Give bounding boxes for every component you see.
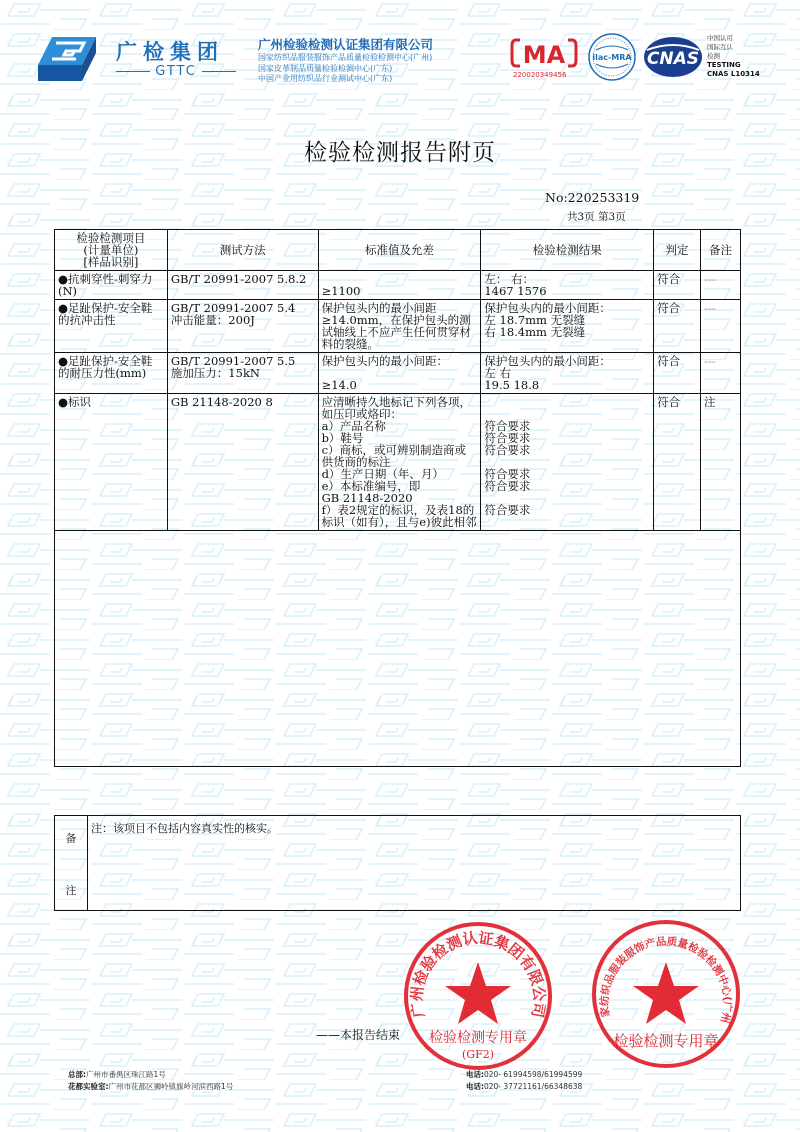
cnas-line: 中国认可 [707,34,760,43]
lab-address: 广州市花都区狮岭镇旗岭河滨西路1号 [109,1082,234,1091]
cell-standard: 应清晰持久地标记下列各项，如压印或烙印： a）产品名称 b）鞋号 c）商标，或可… [318,394,481,531]
cell-method: GB 21148-2020 8 [167,394,318,531]
header-result: 检验检测结果 [481,230,654,271]
svg-text:ilac-MRA: ilac-MRA [592,53,632,62]
svg-text:检验检测专用章: 检验检测专用章 [613,1032,718,1050]
cell-note: --- [701,300,741,353]
svg-text:(GF2): (GF2) [462,1048,494,1061]
hq-phone: 020- 61994598/61994599 [484,1070,582,1079]
svg-text:检验检测专用章: 检验检测专用章 [429,1029,527,1046]
cnas-line: TESTING [707,61,741,69]
cell-method: GB/T 20991-2007 5.8.2 [167,271,318,300]
cell-item: ●抗刺穿性-刺穿力(N) [55,271,168,300]
table-row: ●足趾保护-安全鞋的耐压力性(mm) GB/T 20991-2007 5.5 施… [55,353,741,394]
brand-abbr: GTTC [155,64,197,79]
cell-note: 注 [701,394,741,531]
cnas-logo-icon: CNAS [643,36,703,78]
cma-number: 220020349456 [513,71,566,79]
cell-item: ●标识 [55,394,168,531]
remarks-label-bottom: 注 [55,882,87,898]
cell-item: ●足趾保护-安全鞋的耐压力性(mm) [55,353,168,394]
cell-standard: 保护包头内的最小间距： ≥14.0 [318,353,481,394]
cnas-line: 检测 [707,52,760,61]
cell-verdict: 符合 [654,300,701,353]
header-verdict: 判定 [654,230,701,271]
cell-method: GB/T 20991-2007 5.5 施加压力：15kN [167,353,318,394]
cnas-accreditation-text: 中国认可 国际互认 检测 TESTING CNAS L10314 [707,34,760,79]
header-standard: 标准值及允差 [318,230,481,271]
table-row: ●标识 GB 21148-2020 8 应清晰持久地标记下列各项，如压印或烙印：… [55,394,741,531]
page-info: 共3页 第3页 [567,209,626,224]
cnas-number: CNAS L10314 [707,70,760,78]
results-table: 检验检测项目 (计量单位) [样品识别] 测试方法 标准值及允差 检验检测结果 … [54,229,741,767]
table-row: ●足趾保护-安全鞋的抗冲击性 GB/T 20991-2007 5.4 冲击能量：… [55,300,741,353]
cell-result: 保护包头内的最小间距： 左 18.7mm 无裂缝 右 18.4mm 无裂缝 [481,300,654,353]
cell-result: 保护包头内的最小间距： 左 右 19.5 18.8 [481,353,654,394]
svg-text:MA: MA [523,41,566,69]
footer-phones: 电话:020- 61994598/61994599 电话:020- 377211… [466,1069,582,1093]
cell-item: ●足趾保护-安全鞋的抗冲击性 [55,300,168,353]
cell-result: 左： 右： 1467 1576 [481,271,654,300]
sub-center: 中国产业用纺织品行业测试中心(广东) [258,74,432,85]
blank-row [55,531,741,767]
company-name: 广州检验检测认证集团有限公司 [258,35,433,53]
lab-phone: 020- 37721161/66348638 [484,1082,582,1091]
cell-result: 符合要求 符合要求 符合要求 符合要求 符合要求 符合要求 [481,394,654,531]
sub-centers: 国家纺织品服装服饰产品质量检验检测中心(广州) 国家皮革制品质量检验检测中心(广… [258,53,432,85]
header-method: 测试方法 [167,230,318,271]
document-title: 检验检测报告附页 [0,134,800,167]
header-note: 备注 [701,230,741,271]
lab-label: 花都实验室: [68,1082,109,1091]
report-number: No:220253319 [545,190,639,205]
sub-center: 国家皮革制品质量检验检测中心(广东) [258,64,432,75]
official-seal-icon: 广州检验检测认证集团有限公司 检验检测专用章 (GF2) [402,920,554,1072]
remarks-table: 备 注 注：该项目不包括内容真实性的核实。 [54,815,741,911]
phone-label: 电话: [466,1070,484,1079]
cell-verdict: 符合 [654,271,701,300]
ilac-mra-logo-icon: ilac-MRA [587,32,637,82]
gttc-logo-icon [38,35,96,83]
brand-name-cn: 广检集团 [116,36,224,66]
footer-addresses: 总部:广州市番禺区珠江路1号 花都实验室:广州市花都区狮岭镇旗岭河滨西路1号 [68,1069,233,1093]
hq-address: 广州市番禺区珠江路1号 [86,1070,166,1079]
remarks-label-top: 备 [55,830,87,846]
table-header-row: 检验检测项目 (计量单位) [样品识别] 测试方法 标准值及允差 检验检测结果 … [55,230,741,271]
sub-center: 国家纺织品服装服饰产品质量检验检测中心(广州) [258,53,432,64]
cell-note: --- [701,353,741,394]
blank-area [55,531,741,767]
remarks-text: 注：该项目不包括内容真实性的核实。 [88,816,741,911]
cell-standard: 保护包头内的最小间距≥14.0mm，在保护包头的测试轴线上不应产生任何贯穿材料的… [318,300,481,353]
divider [202,71,236,72]
center-seal-icon: 国家纺织品服装服饰产品质量检验检测中心(广州) 检验检测专用章 [590,918,742,1070]
cell-verdict: 符合 [654,394,701,531]
brand-name-en: GTTC [116,64,236,79]
cell-note: --- [701,271,741,300]
cell-method: GB/T 20991-2007 5.4 冲击能量：200J [167,300,318,353]
table-row: ●抗刺穿性-刺穿力(N) GB/T 20991-2007 5.8.2 ≥1100… [55,271,741,300]
header-item: 检验检测项目 (计量单位) [样品识别] [55,230,168,271]
cell-verdict: 符合 [654,353,701,394]
phone-label: 电话: [466,1082,484,1091]
hq-label: 总部: [68,1070,86,1079]
cnas-line: 国际互认 [707,43,760,52]
svg-text:CNAS: CNAS [647,49,699,69]
remarks-label: 备 注 [55,816,88,911]
divider [116,71,150,72]
end-of-report: ——本报告结束 [316,1026,400,1043]
cell-standard: ≥1100 [318,271,481,300]
